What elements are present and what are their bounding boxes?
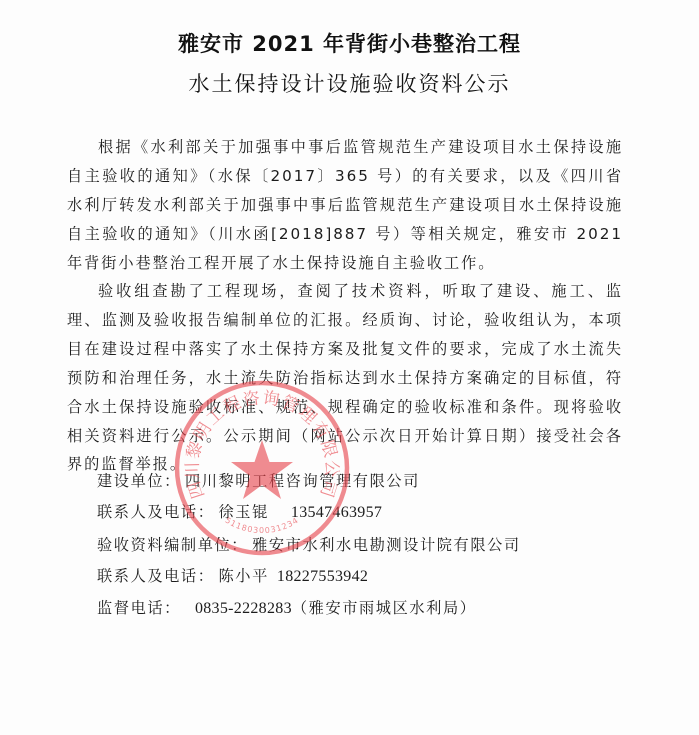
paragraph-acceptance: 验收组查勘了工程现场，查阅了技术资料，听取了建设、施工、监理、监测及验收报告编制… — [67, 277, 623, 479]
contact-person: 徐玉锟 — [219, 503, 269, 521]
contact-row-compiler-person: 联系人及电话：陈小平18227553942 — [97, 565, 368, 586]
contact-label: 监督电话： — [97, 599, 181, 617]
contact-label: 联系人及电话： — [97, 503, 215, 521]
contact-row-builder-person: 联系人及电话：徐玉锟13547463957 — [97, 501, 382, 522]
paragraph-basis: 根据《水利部关于加强事中事后监管规范生产建设项目水土保持设施自主验收的通知》（水… — [67, 133, 623, 278]
document-title-line1: 雅安市 2021 年背街小巷整治工程 — [0, 28, 699, 58]
supervision-phone: 0835-2228283 — [195, 600, 292, 617]
supervision-authority: （雅安市雨城区水利局） — [292, 599, 477, 617]
contact-value: 雅安市水利水电勘测设计院有限公司 — [252, 536, 521, 554]
contact-value: 四川黎明工程咨询管理有限公司 — [185, 472, 420, 490]
document-title-line2: 水土保持设计设施验收资料公示 — [0, 68, 699, 98]
contact-row-builder: 建设单位：四川黎明工程咨询管理有限公司 — [97, 470, 420, 491]
contact-label: 验收资料编制单位： — [97, 536, 248, 554]
contact-label: 联系人及电话： — [97, 567, 215, 585]
contact-phone: 18227553942 — [277, 568, 368, 585]
contact-row-supervision: 监督电话：0835-2228283（雅安市雨城区水利局） — [97, 597, 477, 618]
contact-person: 陈小平 — [219, 567, 269, 585]
contact-phone: 13547463957 — [291, 504, 382, 521]
contact-row-compiler: 验收资料编制单位：雅安市水利水电勘测设计院有限公司 — [97, 534, 521, 555]
contact-label: 建设单位： — [97, 472, 181, 490]
document-page: 雅安市 2021 年背街小巷整治工程 水土保持设计设施验收资料公示 根据《水利部… — [0, 0, 699, 735]
